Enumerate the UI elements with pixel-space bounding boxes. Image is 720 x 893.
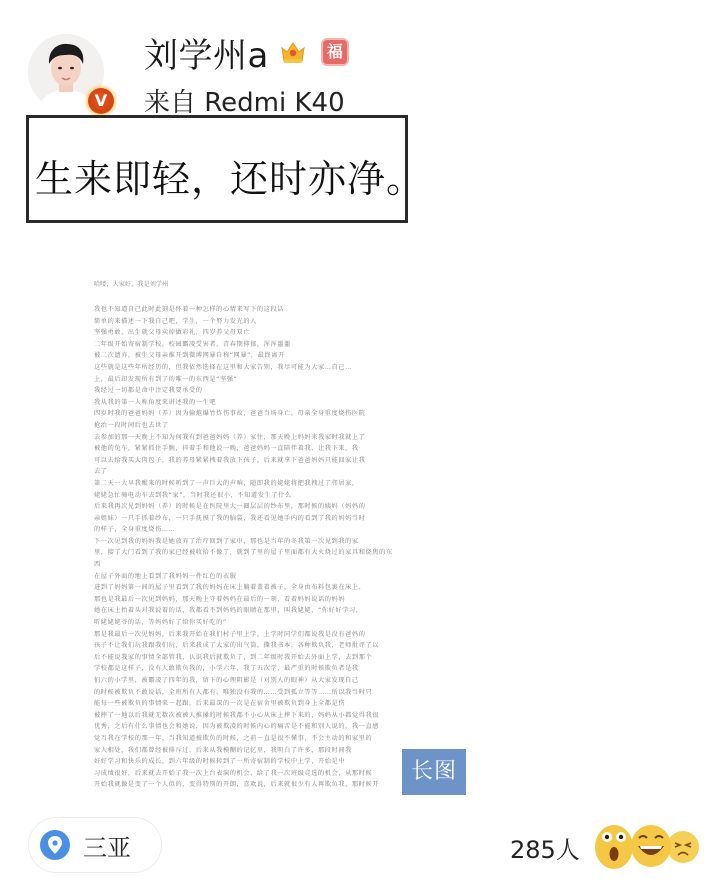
document-line: 第二天一大早我醒来的时候听到了一声巨大的声响，随即我的姥姥将把我拽过了邻居家， [94, 478, 458, 490]
document-line: 我从我的第一人称角度来讲述我的一生吧 [94, 397, 458, 409]
document-line: 上，最后却发现所有到了的唯一的东西是“坚强” [94, 374, 458, 386]
document-line: 四岁时我的爸爸妈妈（养）因为偷炮爆竹炸伤事故，爸爸当场身亡，母亲全身重度烧伤医院 [94, 408, 458, 420]
long-image-attachment[interactable]: 哈喽，大家好，我是刘学州 我也不知道自己此时此刻是怀着一种怎样的心情来写下的这段… [84, 270, 470, 800]
document-line: 姥姥急忙骑电动车去到我“家”，当时我还很小，不知道发生了什么 [94, 490, 458, 502]
document-line: 里，接了大门看到了我的家已经被收拾不像了，就到了里的屋子里面都有大火烧过的家具和… [94, 547, 458, 559]
post-text-box: 生来即轻，还时亦净。 [26, 115, 408, 223]
document-line: 这些就是这些年所经历的，但我依然选择在这里和大家告别，我尽可能为大家…自己… [94, 362, 458, 374]
document-line: 抢治一段时间后也去世了 [94, 420, 458, 432]
document-line: 被他的兔车，紧紧抓住手腕，抖着手和他说一晚，爸爸妈妈一直陪伴着我，让我下来，我 [94, 443, 458, 455]
document-text: 哈喽，大家好，我是刘学州 我也不知道自己此时此刻是怀着一种怎样的心情来写下的这段… [84, 270, 470, 791]
document-line: 去参加的那一天晚上不知为何我有到爸爸妈妈（养）家住，那天晚上妈妈来我家时我就上了 [94, 432, 458, 444]
document-line: 的时候被欺负不敢说话，全班所有人都有，唯独没有我的……受到孤立等等……所以我当时… [94, 687, 458, 699]
document-line: 二年级开始寄宿制学校，校园霸凌受害者，青春期抑郁，浑浑噩噩 [94, 339, 458, 351]
document-line: 那也是我最后一次见到妈妈，那天晚上守着妈妈在最后的一刻，看着妈妈说话的妈妈 [94, 594, 458, 606]
device-source-label: 来自 Redmi K40 [144, 82, 345, 119]
document-line: 可以去给我买大肉包子，我的养母紧紧拽着我放下孩子，后来就拿下爸爸妈妈只能回家让我 [94, 455, 458, 467]
post-text: 生来即轻，还时亦净。 [35, 148, 425, 203]
laughing-emoji-icon [630, 824, 672, 868]
long-image-tag: 长图 [402, 749, 466, 795]
document-line: 我经过一切都是命中注定我要承受的 [94, 385, 458, 397]
document-line: 听姥姥姥爷的话，等妈妈好了给你买好吃的” [94, 617, 458, 629]
document-line: 在屋子外面的地上看到了我妈妈一件红色的衣服 [94, 571, 458, 583]
reaction-count[interactable]: 285人 [510, 830, 580, 865]
document-greeting: 哈喽，大家好，我是刘学州 [94, 280, 458, 290]
document-line: 被二次遗弃，被生父母亲推开到微博网暴自称“网暴”，最终离开 [94, 350, 458, 362]
document-line: 西 [94, 559, 458, 571]
document-line: 下一次见到我的妈妈我是她放弃了治疗回到了家中，那也是当年的冬我第一次见到我的家 [94, 536, 458, 548]
document-line: 她在床上抬着头对我说着的话，我都看不到妈妈的眼睛在那里，叫我姥姥，“你好好学习， [94, 605, 458, 617]
document-line: 的样子，全身重度烧伤…… [94, 524, 458, 536]
surprised-emoji-icon [594, 822, 634, 870]
document-line: 坚强勇敢，出生就父母卖掉做彩礼，四岁养父母双亡 [94, 327, 458, 339]
verified-badge-icon: V [88, 88, 114, 114]
username-row: 刘学州a 福 [144, 30, 349, 74]
document-line: 简单的来描述一下我自己吧，学生，一个努力发光的人 [94, 316, 458, 328]
reaction-emojis[interactable] [594, 822, 704, 872]
document-line: 后不能说我家的事情全部管我，认识我后就欺负了，到二年级时我开始去外面上学，去到那… [94, 652, 458, 664]
document-line: 觉当我在学校的那一年，当我知道被欺负的时候，之前一直是很不懂事，不会主动的和家里… [94, 733, 458, 745]
fu-badge-icon[interactable]: 福 [321, 38, 349, 66]
username[interactable]: 刘学州a [144, 28, 269, 77]
document-line: 进到了妈妈第一间的屋子里看到了我的妈妈在床上躺着盖着被子，全身由布料包裹在床上， [94, 582, 458, 594]
post-header: V 刘学州a 福 来自 Redmi K40 [0, 0, 720, 118]
document-line: 被摔了一地以后我就无数次被被人推搡的时候我都不小心从床上摔下来的，妈妈从小都觉得… [94, 710, 458, 722]
document-line: 后来我再次见到妈妈（养）的时候是在医院里大一圈层层的纱布里，那时候的姨妈（妈妈的 [94, 501, 458, 513]
location-tag[interactable]: 三亚 [28, 817, 162, 873]
document-line: 优秀，之后有什么事情也会和她说，因为被欺凌的时候内心的痛苦是不能和别人说的，我一… [94, 721, 458, 733]
crown-icon[interactable] [279, 38, 307, 66]
document-line: 那是我最后一次见妈妈，后来我开始在我们村子里上学，上学时同学们都说我是没有爸妈的 [94, 629, 458, 641]
document-line: 亲姐妹）一只手抓着纱布，一只手抚摸了我的脑袋，我还看见她手内的看到了我的妈妈当时 [94, 513, 458, 525]
document-line: 孩子不让我们玩我跟我们玩，后来我成了大家的出气筒，撕我书本，各种欺负我，老师批评… [94, 640, 458, 652]
document-line: 们六的小学里，被霸凌了四年的我，留下的心理阴影是（对别人的眼神）从大家发现自己 [94, 675, 458, 687]
post-footer: 三亚 285人 [0, 812, 720, 882]
document-line: 学校都是这样子，没有人敢欺负我的，小学六年，我了五次学，最严重的时候欺负者是我 [94, 663, 458, 675]
document-line: 能每一些被欺负的事情来一起跟，后来最深的一次是在宿舍里被欺负到身上全都是伤 [94, 698, 458, 710]
location-label: 三亚 [83, 828, 131, 863]
document-line: 去了 [94, 466, 458, 478]
document-line: 我也不知道自己此时此刻是怀着一种怎样的心情来写下的这段话 [94, 304, 458, 316]
location-pin-icon [39, 829, 71, 861]
